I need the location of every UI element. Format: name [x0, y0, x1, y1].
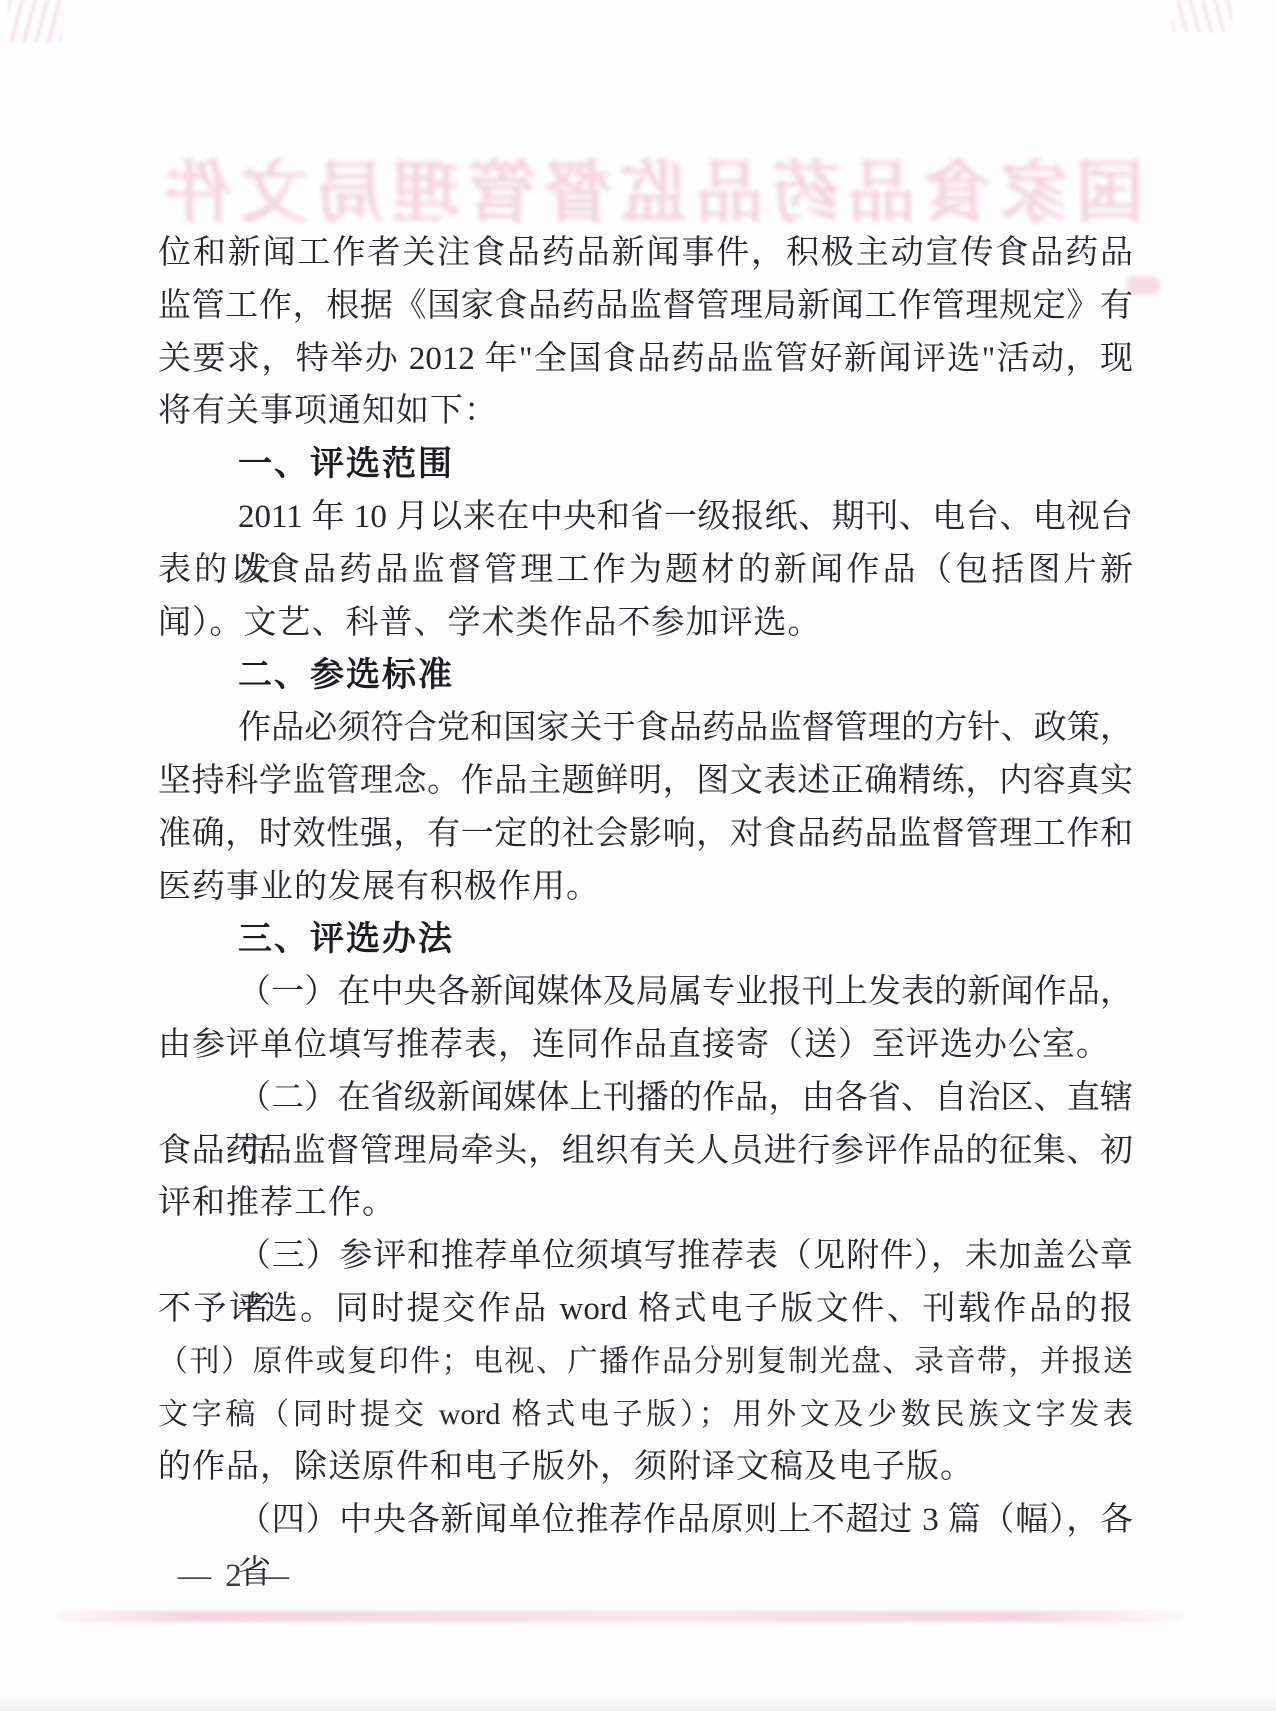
document-line: 由参评单位填写推荐表，连同作品直接寄（送）至评选办公室。	[158, 1019, 1133, 1072]
scan-artifact-top-right	[1172, 0, 1232, 32]
section-heading-1: 一、评选范围	[158, 438, 1133, 491]
document-line: 位和新闻工作者关注食品药品新闻事件，积极主动宣传食品药品	[158, 227, 1133, 280]
document-line: （二）在省级新闻媒体上刊播的作品，由各省、自治区、直辖市	[158, 1072, 1133, 1125]
page-number: — 2 —	[178, 1558, 292, 1595]
scan-artifact-pink-streak	[55, 1611, 1185, 1622]
document-line: 准确，时效性强，有一定的社会影响，对食品药品监督管理工作和	[158, 808, 1133, 861]
document-line: 2011 年 10 月以来在中央和省一级报纸、期刊、电台、电视台发	[158, 491, 1133, 544]
bleed-through-text: 国家食品药品监督管理局文件	[156, 139, 1144, 236]
document-line: 监管工作，根据《国家食品药品监督管理局新闻工作管理规定》有	[158, 280, 1133, 333]
bleed-through-band: 国家食品药品监督管理局文件	[162, 146, 1137, 228]
document-line: 表的以食品药品监督管理工作为题材的新闻作品（包括图片新	[158, 544, 1133, 597]
document-line: 评和推荐工作。	[158, 1177, 1133, 1230]
document-line: （三）参评和推荐单位须填写推荐表（见附件），未加盖公章者	[158, 1230, 1133, 1283]
document-line: 将有关事项通知如下：	[158, 385, 1133, 438]
document-line: 不予评选。同时提交作品 word 格式电子版文件、刊载作品的报	[158, 1283, 1133, 1336]
document-line: （刊）原件或复印件；电视、广播作品分别复制光盘、录音带，并报送	[158, 1336, 1133, 1389]
section-heading-2: 二、参选标准	[158, 649, 1133, 702]
document-line: 闻）。文艺、科普、学术类作品不参加评选。	[158, 597, 1133, 650]
scanned-document-page: 国家食品药品监督管理局文件 位和新闻工作者关注食品药品新闻事件，积极主动宣传食品…	[0, 0, 1276, 1711]
document-body: 位和新闻工作者关注食品药品新闻事件，积极主动宣传食品药品 监管工作，根据《国家食…	[158, 227, 1133, 1547]
document-line: 关要求，特举办 2012 年"全国食品药品监管好新闻评选"活动，现	[158, 333, 1133, 386]
scanner-edge-shadow	[0, 1695, 1276, 1711]
document-line: 坚持科学监管理念。作品主题鲜明，图文表述正确精练，内容真实	[158, 755, 1133, 808]
scan-artifact-top-left	[8, 0, 62, 42]
section-heading-3: 三、评选办法	[158, 913, 1133, 966]
document-line: 文字稿（同时提交 word 格式电子版）；用外文及少数民族文字发表	[158, 1389, 1133, 1442]
document-line: 医药事业的发展有积极作用。	[158, 861, 1133, 914]
document-line: （四）中央各新闻单位推荐作品原则上不超过 3 篇（幅），各省	[158, 1494, 1133, 1547]
document-line: （一）在中央各新闻媒体及局属专业报刊上发表的新闻作品，	[158, 966, 1133, 1019]
document-line: 食品药品监督管理局牵头，组织有关人员进行参评作品的征集、初	[158, 1125, 1133, 1178]
document-line: 的作品，除送原件和电子版外，须附译文稿及电子版。	[158, 1441, 1133, 1494]
document-line: 作品必须符合党和国家关于食品药品监督管理的方针、政策，	[158, 702, 1133, 755]
